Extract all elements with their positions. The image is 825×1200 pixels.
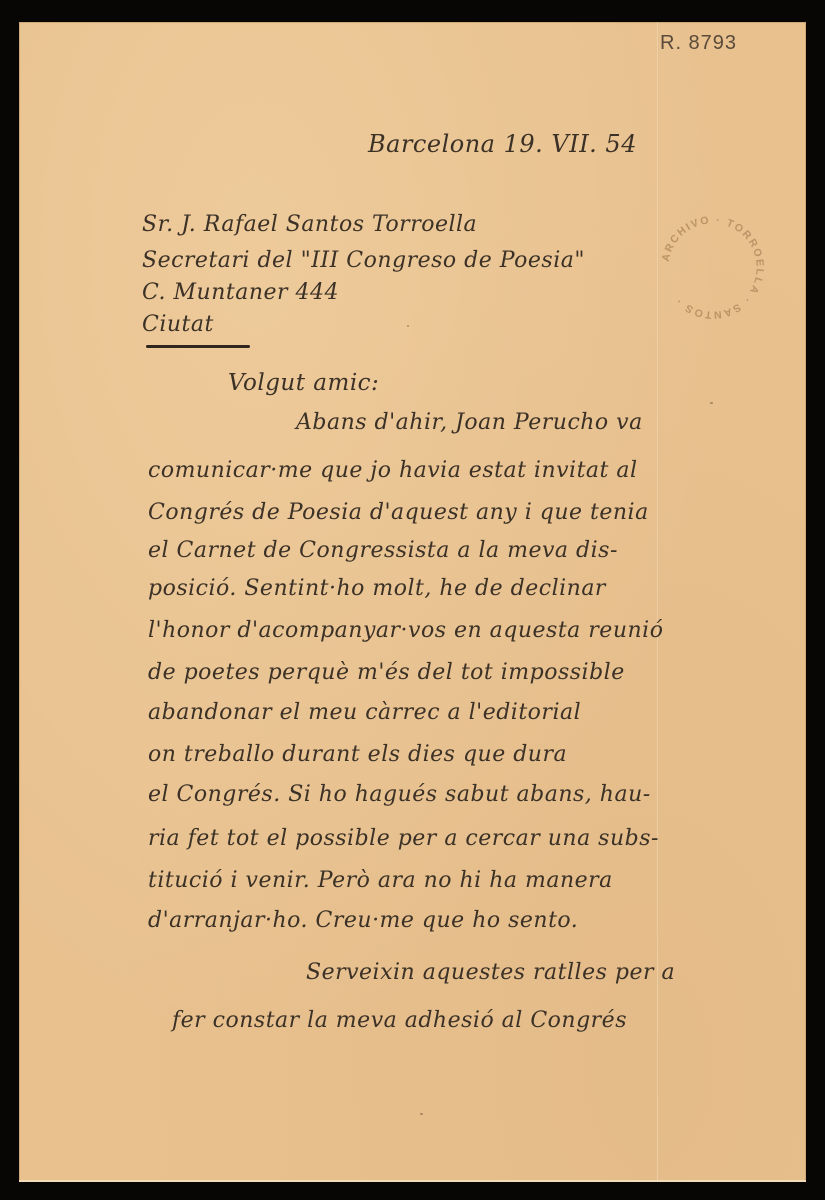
body-line: el Carnet de Congressista a la meva dis- [148, 538, 618, 563]
paper-speck [407, 325, 409, 327]
place-and-date: Barcelona 19. VII. 54 [368, 130, 637, 158]
document-scan: R. 8793 Barcelona 19. VII. 54 Sr. J. Raf… [0, 0, 825, 1200]
body-line: l'honor d'acompanyar·vos en aquesta reun… [148, 618, 663, 643]
city-underline [146, 345, 250, 348]
paper-speck [420, 1113, 423, 1115]
body-line: ria fet tot el possible per a cercar una… [148, 826, 659, 851]
body-line: Abans d'ahir, Joan Perucho va [296, 410, 643, 435]
paper-edge [19, 1180, 806, 1182]
body-line: fer constar la meva adhesió al Congrés [172, 1008, 627, 1033]
recipient-name: Sr. J. Rafael Santos Torroella [142, 212, 477, 237]
fold-line [657, 22, 659, 1182]
recipient-street: C. Muntaner 444 [142, 280, 339, 305]
body-line: Serveixin aquestes ratlles per a [306, 960, 675, 985]
body-line: el Congrés. Si ho hagués sabut abans, ha… [148, 782, 651, 807]
body-line: titució i venir. Però ara no hi ha maner… [148, 868, 613, 893]
body-line: comunicar·me que jo havia estat invitat … [148, 458, 638, 483]
salutation: Volgut amic: [228, 370, 379, 396]
archive-embossed-stamp-icon: ARCHIVO · TORROELLA · SANTOS · [655, 210, 770, 325]
body-line: d'arranjar·ho. Creu·me que ho sento. [148, 908, 578, 933]
body-line: Congrés de Poesia d'aquest any i que ten… [148, 500, 649, 525]
recipient-title: Secretari del "III Congreso de Poesia" [142, 248, 585, 273]
catalog-number: R. 8793 [660, 32, 737, 55]
body-line: on treballo durant els dies que dura [148, 742, 567, 767]
body-line: de poetes perquè m'és del tot impossible [148, 660, 625, 685]
paper-speck [710, 402, 713, 404]
recipient-city: Ciutat [142, 312, 214, 337]
body-line: abandonar el meu càrrec a l'editorial [148, 700, 581, 725]
body-line: posició. Sentint·ho molt, he de declinar [148, 576, 606, 601]
svg-text:ARCHIVO · TORROELLA · SANTOS ·: ARCHIVO · TORROELLA · SANTOS · [660, 214, 766, 321]
